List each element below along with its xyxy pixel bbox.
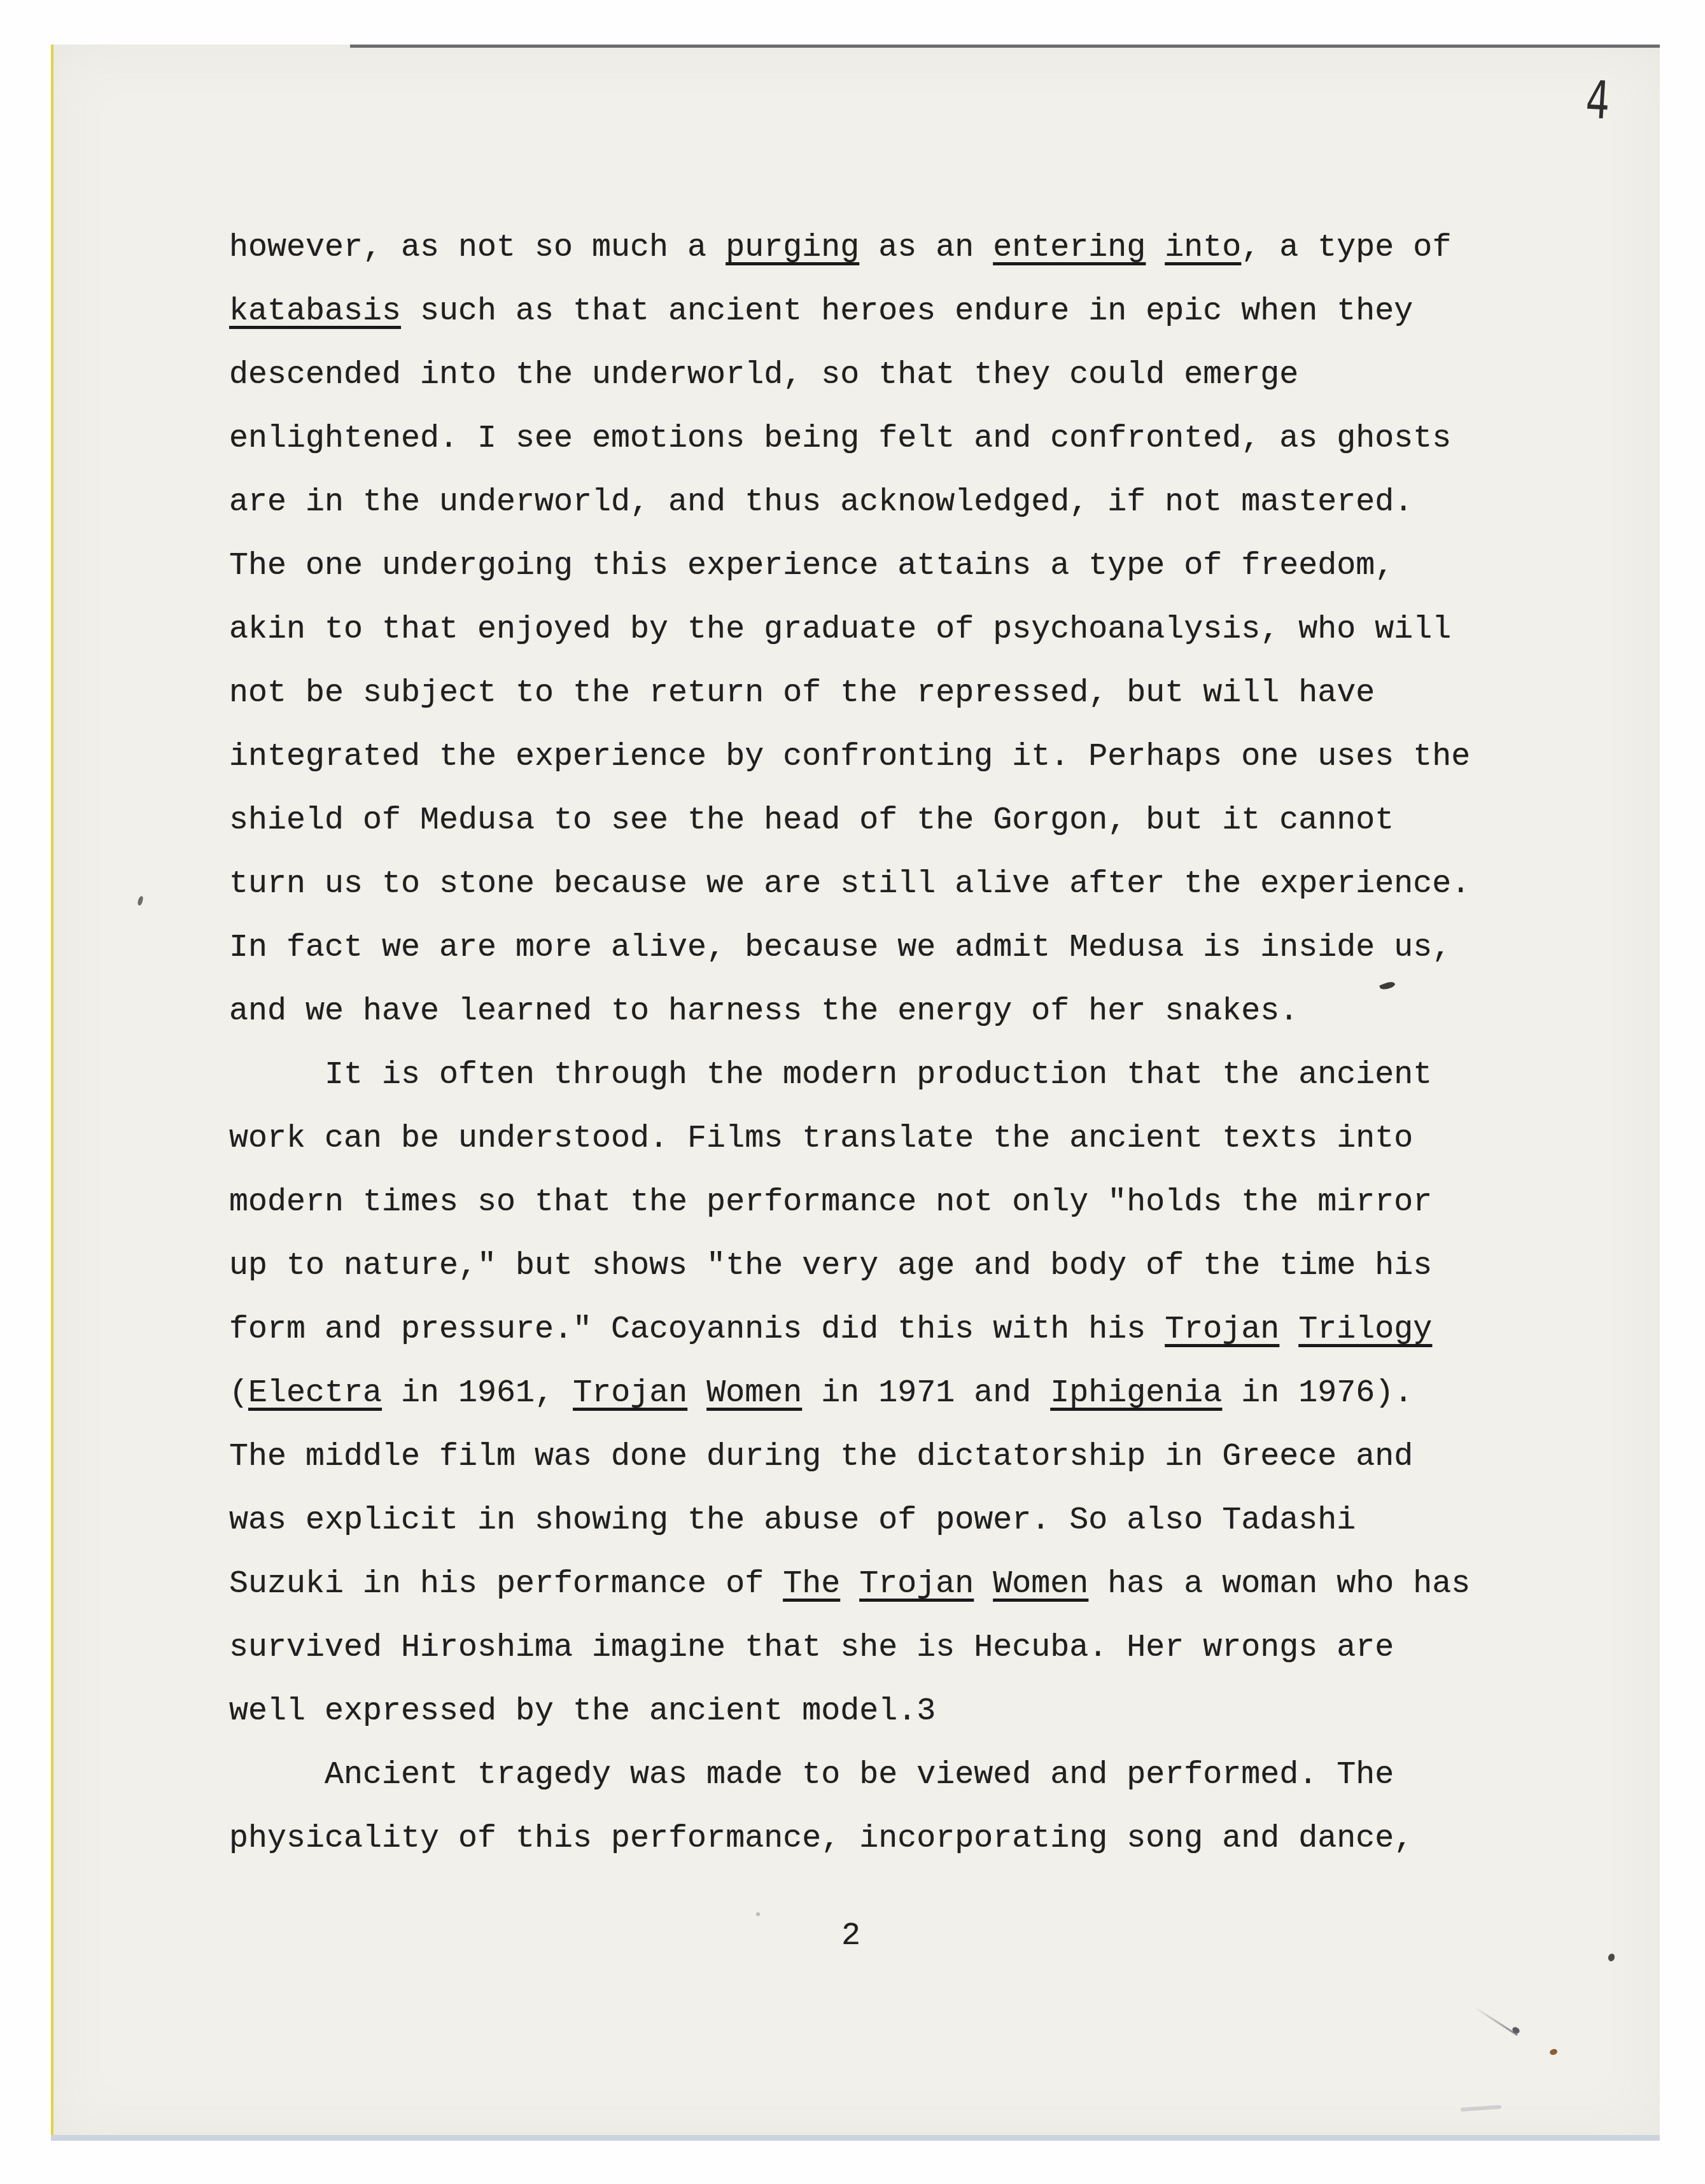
scanned-page: 4 however, as not so much a purging as a… <box>51 45 1660 2141</box>
text-line: turn us to stone because we are still al… <box>229 853 1470 916</box>
underlined-text-segment: Women <box>993 1566 1088 1602</box>
text-segment <box>1279 1312 1298 1348</box>
text-segment: in 1971 and <box>802 1375 1050 1411</box>
text-line: integrated the experience by confronting… <box>229 725 1470 789</box>
text-segment: not be subject to the return of the repr… <box>229 675 1375 711</box>
text-segment: such as that ancient heroes endure in ep… <box>401 293 1413 330</box>
underlined-text-segment: purging <box>726 230 859 266</box>
text-segment: well expressed by the ancient model.3 <box>229 1693 936 1730</box>
text-line: katabasis such as that ancient heroes en… <box>229 280 1470 344</box>
text-segment <box>687 1375 706 1411</box>
text-segment: shield of Medusa to see the head of the … <box>229 802 1394 839</box>
text-line: not be subject to the return of the repr… <box>229 662 1470 725</box>
text-line: and we have learned to harness the energ… <box>229 980 1470 1044</box>
scan-mark-left-speck <box>137 895 143 906</box>
scan-mark-graphite-smudge <box>1461 2105 1501 2111</box>
text-segment: The middle film was done during the dict… <box>229 1439 1413 1475</box>
underlined-text-segment: into <box>1165 230 1241 266</box>
text-segment: up to nature," but shows "the very age a… <box>229 1248 1432 1284</box>
text-segment <box>840 1566 859 1602</box>
underlined-text-segment: entering <box>993 230 1146 266</box>
text-line: well expressed by the ancient model.3 <box>229 1680 1470 1744</box>
text-segment: descended into the underworld, so that t… <box>229 357 1298 393</box>
text-line: however, as not so much a purging as an … <box>229 216 1470 280</box>
text-line: form and pressure." Cacoyannis did this … <box>229 1298 1470 1362</box>
paper-bottom-edge-shadow <box>51 2135 1660 2141</box>
text-segment: turn us to stone because we are still al… <box>229 866 1470 902</box>
text-segment: It is often through the modern productio… <box>325 1057 1432 1093</box>
text-segment: in 1961, <box>382 1375 573 1411</box>
text-line: akin to that enjoyed by the graduate of … <box>229 598 1470 662</box>
underlined-text-segment: Trojan <box>573 1375 687 1411</box>
underlined-text-segment: Women <box>706 1375 802 1411</box>
text-segment: The one undergoing this experience attai… <box>229 548 1394 584</box>
typed-page-number: 2 <box>841 1905 867 1968</box>
text-line: The middle film was done during the dict… <box>229 1425 1470 1489</box>
underlined-text-segment: Electra <box>248 1375 382 1411</box>
scan-mark-faint-speck <box>756 1912 760 1916</box>
scan-mark-brown-speck <box>1549 2048 1558 2056</box>
text-segment: in 1976). <box>1222 1375 1413 1411</box>
underlined-text-segment: Trojan <box>1165 1312 1279 1348</box>
text-segment: and we have learned to harness the energ… <box>229 993 1298 1030</box>
text-segment: however, as not so much a <box>229 230 726 266</box>
underlined-text-segment: Trojan <box>859 1566 974 1602</box>
handwritten-page-number: 4 <box>1584 70 1612 132</box>
text-line: up to nature," but shows "the very age a… <box>229 1235 1470 1298</box>
text-segment: In fact we are more alive, because we ad… <box>229 930 1451 966</box>
text-segment: work can be understood. Films translate … <box>229 1121 1413 1157</box>
text-segment: , a type of <box>1241 230 1451 266</box>
underlined-text-segment: Iphigenia <box>1050 1375 1222 1411</box>
text-segment <box>974 1566 993 1602</box>
text-line: are in the underworld, and thus acknowle… <box>229 471 1470 535</box>
text-segment: as an <box>859 230 993 266</box>
text-segment: physicality of this performance, incorpo… <box>229 1821 1413 1857</box>
text-line: was explicit in showing the abuse of pow… <box>229 1489 1470 1553</box>
text-line: In fact we are more alive, because we ad… <box>229 916 1470 980</box>
text-line: (Electra in 1961, Trojan Women in 1971 a… <box>229 1362 1470 1425</box>
text-line: survived Hiroshima imagine that she is H… <box>229 1616 1470 1680</box>
text-segment: Ancient tragedy was made to be viewed an… <box>325 1757 1394 1793</box>
text-line: Suzuki in his performance of The Trojan … <box>229 1553 1470 1616</box>
text-segment: modern times so that the performance not… <box>229 1184 1432 1221</box>
text-segment: Suzuki in his performance of <box>229 1566 783 1602</box>
text-line: It is often through the modern productio… <box>229 1044 1470 1107</box>
text-segment: integrated the experience by confronting… <box>229 739 1470 775</box>
text-segment: are in the underworld, and thus acknowle… <box>229 484 1413 521</box>
text-segment: was explicit in showing the abuse of pow… <box>229 1502 1356 1539</box>
text-line: enlightened. I see emotions being felt a… <box>229 407 1470 471</box>
underlined-text-segment: katabasis <box>229 293 401 330</box>
paper-left-edge <box>51 45 53 2141</box>
text-segment: ( <box>229 1375 248 1411</box>
text-line: modern times so that the performance not… <box>229 1171 1470 1235</box>
underlined-text-segment: Trilogy <box>1298 1312 1432 1348</box>
text-segment: has a woman who has <box>1088 1566 1470 1602</box>
text-line: shield of Medusa to see the head of the … <box>229 789 1470 853</box>
paper-top-edge-shadow <box>350 45 1660 48</box>
text-segment: akin to that enjoyed by the graduate of … <box>229 612 1451 648</box>
text-line: work can be understood. Films translate … <box>229 1107 1470 1171</box>
text-segment: enlightened. I see emotions being felt a… <box>229 421 1451 457</box>
text-segment <box>1146 230 1165 266</box>
text-line: The one undergoing this experience attai… <box>229 535 1470 598</box>
text-line: physicality of this performance, incorpo… <box>229 1807 1470 1871</box>
underlined-text-segment: The <box>783 1566 840 1602</box>
typed-text-block: however, as not so much a purging as an … <box>229 216 1470 1871</box>
text-line: Ancient tragedy was made to be viewed an… <box>229 1744 1470 1807</box>
text-segment: form and pressure." Cacoyannis did this … <box>229 1312 1165 1348</box>
text-line: descended into the underworld, so that t… <box>229 344 1470 407</box>
scan-mark-pencil-stroke <box>1474 2006 1518 2036</box>
scan-mark-dark-dot <box>1607 1953 1616 1963</box>
text-segment: survived Hiroshima imagine that she is H… <box>229 1630 1394 1666</box>
